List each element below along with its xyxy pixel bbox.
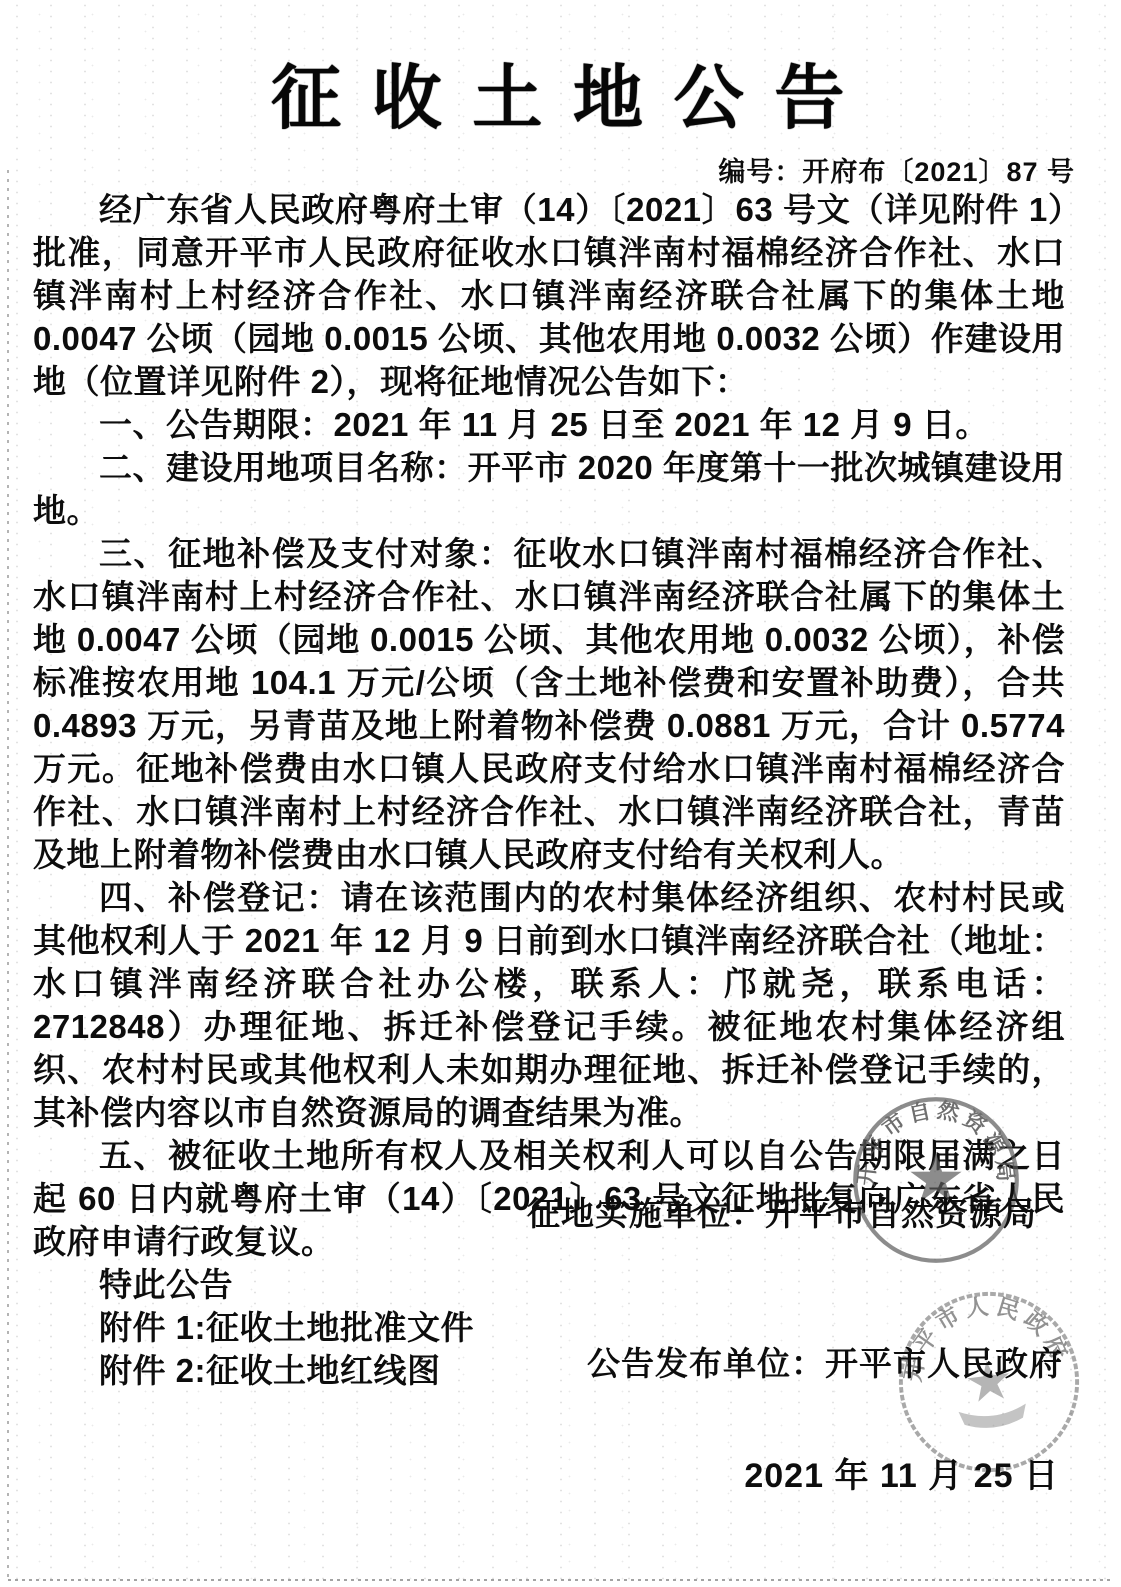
- scan-edge-left: [7, 170, 9, 1579]
- seal-natural-resources: 开平市自然资源局: [848, 1092, 1024, 1268]
- paragraph-item-2: 二、建设用地项目名称：开平市 2020 年度第十一批次城镇建设用地。: [33, 446, 1065, 532]
- paragraph-intro: 经广东省人民政府粤府土审（14）〔2021〕63 号文（详见附件 1）批准，同意…: [33, 188, 1065, 403]
- publisher-line: 公告发布单位：开平市人民政府: [587, 1338, 1063, 1385]
- date-line: 2021 年 11 月 25 日: [744, 1448, 1059, 1497]
- paragraph-item-3: 三、征地补偿及支付对象：征收水口镇泮南村福棉经济合作社、水口镇泮南村上村经济合作…: [33, 532, 1065, 876]
- emblem-base-icon: [959, 1404, 1029, 1432]
- notice-page: 征 收 土 地 公 告 编号：开府布〔2021〕87 号 经广东省人民政府粤府土…: [0, 0, 1121, 1587]
- paragraph-item-1: 一、公告期限：2021 年 11 月 25 日至 2021 年 12 月 9 日…: [33, 403, 1065, 446]
- scan-edge-bottom: [8, 1579, 1111, 1581]
- doc-number: 编号：开府布〔2021〕87 号: [718, 150, 1075, 189]
- page-title: 征 收 土 地 公 告: [0, 42, 1121, 143]
- implementer-line: 征地实施单位：开平市自然资源局: [527, 1188, 1037, 1235]
